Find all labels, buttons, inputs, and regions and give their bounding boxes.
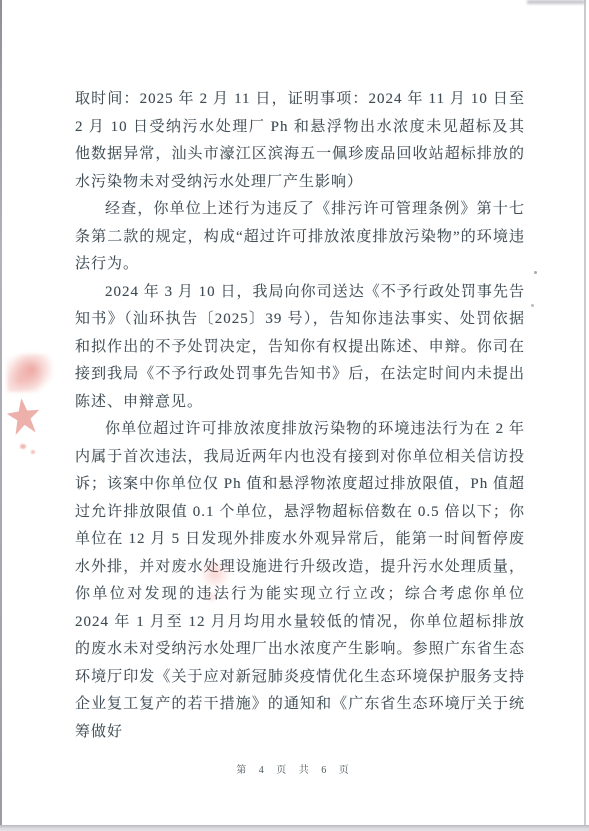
scan-edge-left <box>0 0 2 831</box>
paragraph-prior-notice-service: 2024 年 3 月 10 日，我局向你司送达《不予行政处罚事先告知书》（汕环执… <box>75 279 525 417</box>
red-seal-speck <box>20 444 26 449</box>
scan-edge-bottom <box>0 825 589 831</box>
paragraph-violation-finding: 经查，你单位上述行为违反了《排污许可管理条例》第十七条第二款的规定，构成“超过许… <box>75 196 525 279</box>
red-seal-ghost-mark <box>206 592 218 602</box>
document-body: 取时间：2025 年 2 月 11 日，证明事项：2024 年 11 月 10 … <box>75 86 525 746</box>
paragraph-mitigating-factors: 你单位超过许可排放浓度排放污染物的环境违法行为在 2 年内属于首次违法，我局近两… <box>75 416 525 746</box>
page-number-footer: 第 4 页 共 6 页 <box>0 761 589 776</box>
red-seal-smudge <box>7 354 53 392</box>
scan-noise-dot <box>534 271 537 274</box>
scan-noise-dot <box>531 304 534 307</box>
scanned-document-page: 取时间：2025 年 2 月 11 日，证明事项：2024 年 11 月 10 … <box>0 0 589 831</box>
red-seal-ghost-mark <box>198 562 232 588</box>
scan-edge-right <box>584 0 586 831</box>
paragraph-evidence-continuation: 取时间：2025 年 2 月 11 日，证明事项：2024 年 11 月 10 … <box>75 86 525 196</box>
red-star-seal-icon <box>5 396 42 436</box>
red-seal-speck <box>31 450 35 454</box>
scan-smudge-top-right <box>527 0 585 4</box>
